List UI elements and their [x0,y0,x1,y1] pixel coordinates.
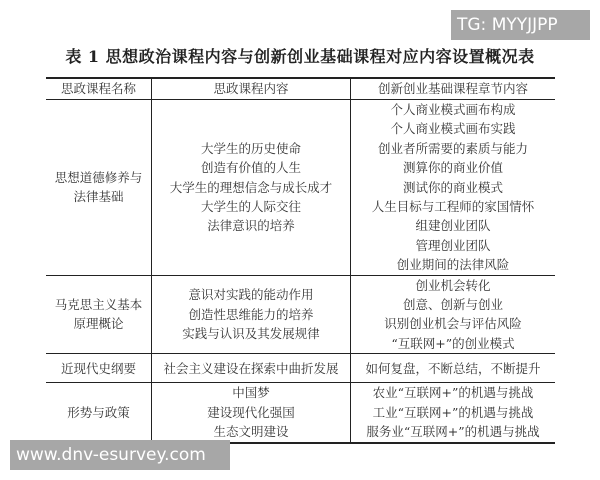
course-name-cell: 思想道德修养与 法律基础 [46,100,152,276]
table-row: 思想道德修养与 法律基础 大学生的历史使命 创造有价值的人生 大学生的理想信念与… [46,100,555,276]
course-name-cell: 形势与政策 [46,383,152,443]
chapter-content-cell: 个人商业模式画布构成 个人商业模式画布实践 创业者所需要的素质与能力 测算你的商… [351,100,556,276]
course-content-cell: 大学生的历史使命 创造有价值的人生 大学生的理想信念与成长成才 大学生的人际交往… [152,100,351,276]
watermark-tg: TG: MYYJJPP [451,10,590,40]
watermark-url: www.dnv-esurvey.com [10,440,230,470]
header-course-content: 思政课程内容 [152,78,351,100]
course-mapping-table: 思政课程名称 思政课程内容 创新创业基础课程章节内容 思想道德修养与 法律基础 … [46,77,555,444]
header-course-name: 思政课程名称 [46,78,152,100]
chapter-content-cell: 创业机会转化 创意、创新与创业 识别创业机会与评估风险 “互联网+”的创业模式 [351,275,556,354]
course-name-cell: 近现代史纲要 [46,354,152,383]
table-caption: 表 1 思想政治课程内容与创新创业基础课程对应内容设置概况表 [0,44,600,67]
table-row: 近现代史纲要 社会主义建设在探索中曲折发展 如何复盘，不断总结，不断提升 [46,354,555,383]
header-chapter-content: 创新创业基础课程章节内容 [351,78,556,100]
course-content-cell: 中国梦 建设现代化强国 生态文明建设 [152,383,351,443]
table-row: 形势与政策 中国梦 建设现代化强国 生态文明建设 农业“互联网+”的机遇与挑战 … [46,383,555,443]
course-content-cell: 意识对实践的能动作用 创造性思维能力的培养 实践与认识及其发展规律 [152,275,351,354]
table-row: 马克思主义基本 原理概论 意识对实践的能动作用 创造性思维能力的培养 实践与认识… [46,275,555,354]
course-content-cell: 社会主义建设在探索中曲折发展 [152,354,351,383]
chapter-content-cell: 如何复盘，不断总结，不断提升 [351,354,556,383]
chapter-content-cell: 农业“互联网+”的机遇与挑战 工业“互联网+”的机遇与挑战 服务业“互联网+”的… [351,383,556,443]
course-name-cell: 马克思主义基本 原理概论 [46,275,152,354]
table-header-row: 思政课程名称 思政课程内容 创新创业基础课程章节内容 [46,78,555,100]
